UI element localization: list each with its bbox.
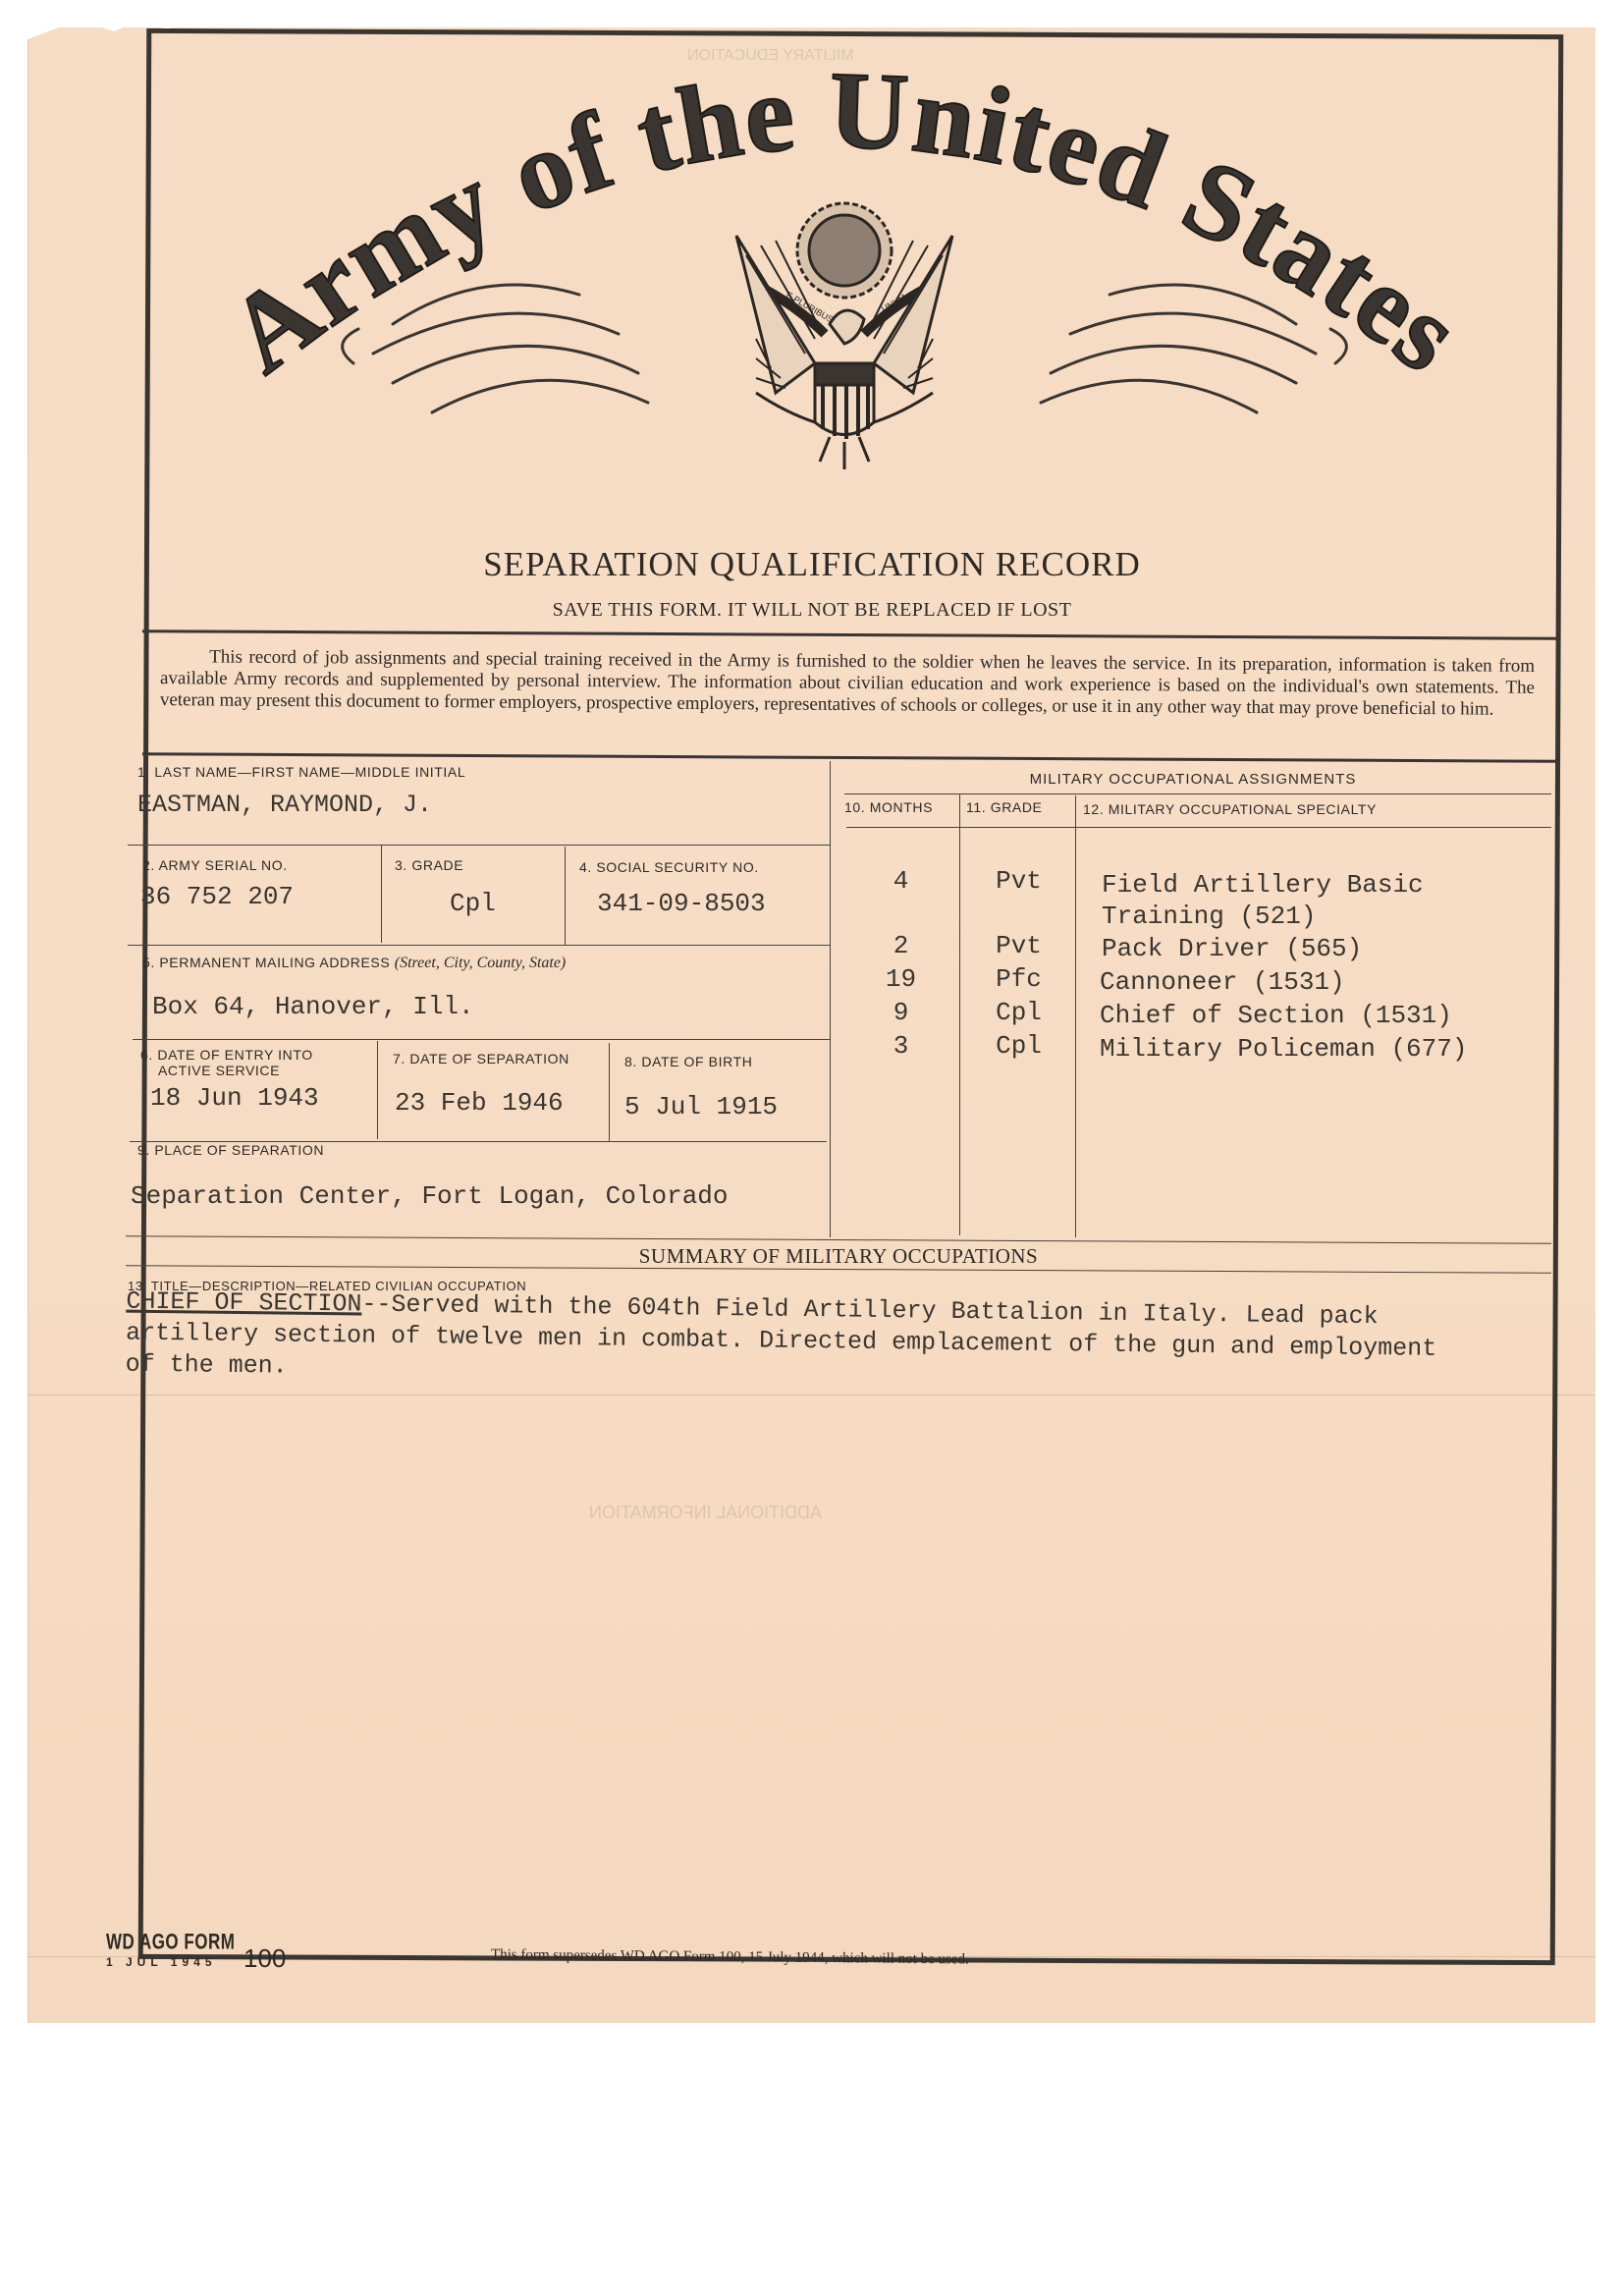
name-label: 1. Last Name—First Name—Middle Initial bbox=[137, 764, 465, 780]
table-row-months: 9 bbox=[844, 996, 957, 1029]
divider bbox=[128, 845, 830, 846]
army-title-arch: Army of the United States E PLURIBUS UN bbox=[206, 69, 1483, 481]
address-value: Box 64, Hanover, Ill. bbox=[152, 992, 474, 1021]
reverse-bleed-text: ADDITIONAL INFORMATION bbox=[589, 1503, 822, 1523]
birth-date-value: 5 Jul 1915 bbox=[624, 1092, 778, 1121]
assignments-title: MILITARY OCCUPATIONAL ASSIGNMENTS bbox=[835, 771, 1551, 788]
table-row-specialty: Military Policeman (677) bbox=[1100, 1032, 1467, 1066]
reverse-bleed-text: MILITARY EDUCATION bbox=[687, 47, 854, 65]
table-row-specialty-cont: Training (521) bbox=[1102, 900, 1316, 933]
form-id: WD AGO FORM 1 JUL 1945 100 bbox=[106, 1930, 235, 1971]
form-title: SEPARATION QUALIFICATION RECORD bbox=[0, 545, 1624, 584]
divider bbox=[830, 761, 831, 1237]
summary-title: SUMMARY OF MILITARY OCCUPATIONS bbox=[126, 1244, 1551, 1269]
separation-place-value: Separation Center, Fort Logan, Colorado bbox=[131, 1181, 729, 1211]
serial-label: 2. Army Serial No. bbox=[142, 857, 288, 873]
table-row-months: 4 bbox=[844, 864, 957, 898]
table-row-months: 3 bbox=[844, 1029, 957, 1063]
divider bbox=[959, 793, 960, 1235]
divider bbox=[846, 827, 1551, 828]
divider bbox=[1075, 795, 1076, 1237]
form-date: 1 JUL 1945 bbox=[106, 1955, 217, 1969]
form-agency: WD AGO FORM bbox=[106, 1930, 235, 1955]
birth-date-label: 8. Date of Birth bbox=[624, 1054, 752, 1069]
divider bbox=[377, 1041, 378, 1139]
table-row-specialty: Field Artillery Basic bbox=[1102, 868, 1424, 902]
ssn-value: 341-09-8503 bbox=[597, 889, 766, 918]
table-row-specialty: Pack Driver (565) bbox=[1102, 932, 1362, 965]
separation-date-value: 23 Feb 1946 bbox=[395, 1088, 564, 1118]
name-value: EASTMAN, RAYMOND, J. bbox=[137, 791, 432, 819]
entry-date-label: 6. Date of Entry into Active Service bbox=[140, 1047, 313, 1078]
table-row-months: 2 bbox=[844, 929, 957, 962]
great-seal-eagle-icon bbox=[736, 203, 952, 469]
divider bbox=[381, 845, 382, 943]
divider bbox=[565, 847, 566, 945]
divider bbox=[133, 1039, 830, 1040]
divider bbox=[128, 945, 830, 946]
form-subtitle: SAVE THIS FORM. IT WILL NOT BE REPLACED … bbox=[0, 599, 1624, 622]
grade-value: Cpl bbox=[450, 889, 496, 918]
separation-date-label: 7. Date of Separation bbox=[393, 1051, 569, 1066]
ssn-label: 4. Social Security No. bbox=[579, 859, 759, 875]
table-row-specialty: Chief of Section (1531) bbox=[1100, 999, 1452, 1032]
table-row-grade: Pfc bbox=[962, 962, 1075, 996]
table-row-grade: Pvt bbox=[962, 929, 1075, 962]
table-row-months: 19 bbox=[844, 962, 957, 996]
divider bbox=[844, 793, 1551, 794]
col-grade-header: 11. GRADE bbox=[966, 799, 1043, 815]
table-row-specialty: Cannoneer (1531) bbox=[1100, 965, 1345, 999]
serial-value: 36 752 207 bbox=[140, 882, 294, 911]
address-label: 5. Permanent Mailing Address (Street, Ci… bbox=[142, 955, 566, 972]
divider bbox=[609, 1043, 610, 1141]
entry-date-value: 18 Jun 1943 bbox=[150, 1083, 319, 1113]
form-number: 100 bbox=[244, 1943, 286, 1974]
grade-label: 3. Grade bbox=[395, 857, 463, 873]
col-specialty-header: 12. MILITARY OCCUPATIONAL SPECIALTY bbox=[1083, 801, 1377, 817]
table-row-grade: Cpl bbox=[962, 996, 1075, 1029]
summary-title-underlined: CHIEF OF SECTION bbox=[126, 1287, 361, 1319]
table-row-grade: Pvt bbox=[962, 864, 1075, 898]
col-months-header: 10. MONTHS bbox=[844, 799, 933, 815]
table-row-grade: Cpl bbox=[962, 1029, 1075, 1063]
intro-paragraph: This record of job assignments and speci… bbox=[160, 646, 1535, 721]
separation-place-label: 9. Place of Separation bbox=[137, 1142, 324, 1158]
summary-text: CHIEF OF SECTION--Served with the 604th … bbox=[125, 1286, 1481, 1397]
